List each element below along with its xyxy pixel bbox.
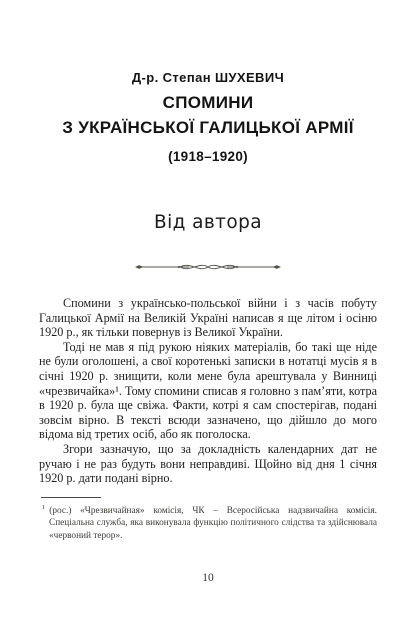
book-title-line-1: СПОМИНИ (39, 92, 377, 113)
page-number: 10 (0, 572, 416, 584)
book-page: Д-р. Степан ШУХЕВИЧ СПОМИНИ З УКРАЇНСЬКО… (0, 0, 416, 625)
author-name: Д-р. Степан ШУХЕВИЧ (39, 70, 377, 86)
book-years: (1918–1920) (39, 148, 377, 165)
footnote-body: (рос.) «Чрезвичайная» комісія, ЧК – Всер… (49, 506, 377, 541)
section-heading: Від автора (39, 211, 377, 235)
flourish-divider-icon (133, 259, 283, 275)
footnote-text: 1(рос.) «Чрезвичайная» комісія, ЧК – Все… (39, 502, 377, 543)
footnote-separator (41, 497, 101, 498)
footnote-marker: 1 (42, 504, 45, 511)
paragraph-2: Тоді не мав я під рукою ніяких матеріалі… (39, 340, 377, 442)
ornament-divider (39, 259, 377, 275)
book-title-line-2: З УКРАЇНСЬКОЇ ГАЛИЦЬКОЇ АРМІЇ (39, 117, 377, 138)
footnote-block: 1(рос.) «Чрезвичайная» комісія, ЧК – Все… (39, 497, 377, 543)
title-block: Д-р. Степан ШУХЕВИЧ СПОМИНИ З УКРАЇНСЬКО… (39, 70, 377, 165)
paragraph-3: Згори зазначую, що за докладність календ… (39, 442, 377, 486)
paragraph-1: Спомини з українсько-польської війни і з… (39, 296, 377, 340)
body-text: Спомини з українсько-польської війни і з… (39, 296, 377, 486)
page-content: Д-р. Степан ШУХЕВИЧ СПОМИНИ З УКРАЇНСЬКО… (0, 0, 416, 543)
